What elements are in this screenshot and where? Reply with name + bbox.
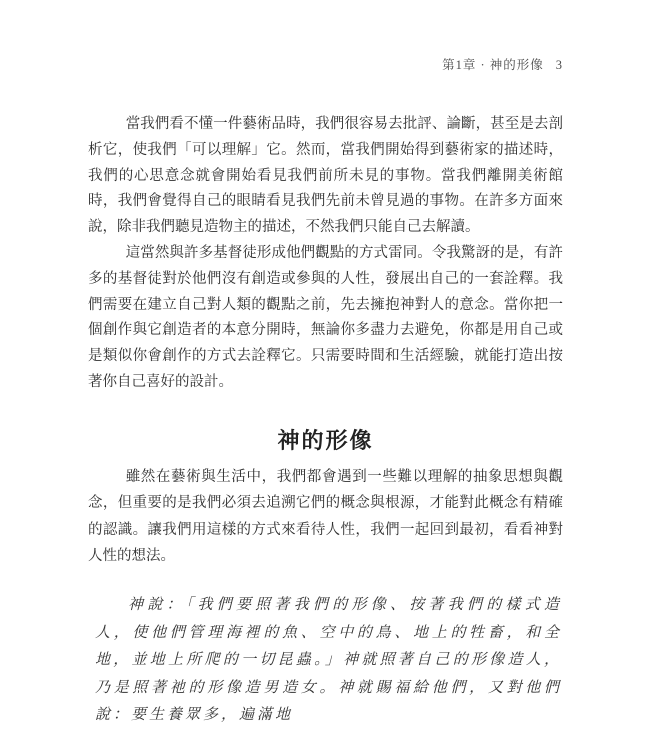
paragraph-3: 雖然在藝術與生活中，我們都會遇到一些難以理解的抽象思想與觀念，但重要的是我們必須… bbox=[88, 464, 563, 570]
body-text-block: 當我們看不懂一件藝術品時，我們很容易去批評、論斷，甚至是去剖析它，使我們「可以理… bbox=[88, 112, 563, 396]
paragraph-2: 這當然與許多基督徒形成他們觀點的方式雷同。令我驚訝的是，有許多的基督徒對於他們沒… bbox=[88, 241, 563, 396]
scripture-quote-text: 神說：「我們要照著我們的形像、按著我們的樣式造人，使他們管理海裡的魚、空中的鳥、… bbox=[95, 592, 562, 730]
section-heading: 神的形像 bbox=[88, 424, 563, 455]
scripture-quote-block: 神說：「我們要照著我們的形像、按著我們的樣式造人，使他們管理海裡的魚、空中的鳥、… bbox=[95, 592, 562, 730]
chapter-title: 第1章 · 神的形像 bbox=[442, 58, 544, 72]
book-page: 第1章 · 神的形像3 當我們看不懂一件藝術品時，我們很容易去批評、論斷，甚至是… bbox=[0, 0, 650, 750]
page-number: 3 bbox=[556, 58, 562, 72]
paragraph-1: 當我們看不懂一件藝術品時，我們很容易去批評、論斷，甚至是去剖析它，使我們「可以理… bbox=[88, 112, 563, 241]
body-text-block-after-heading: 雖然在藝術與生活中，我們都會遇到一些難以理解的抽象思想與觀念，但重要的是我們必須… bbox=[88, 464, 563, 570]
running-header: 第1章 · 神的形像3 bbox=[88, 55, 562, 73]
